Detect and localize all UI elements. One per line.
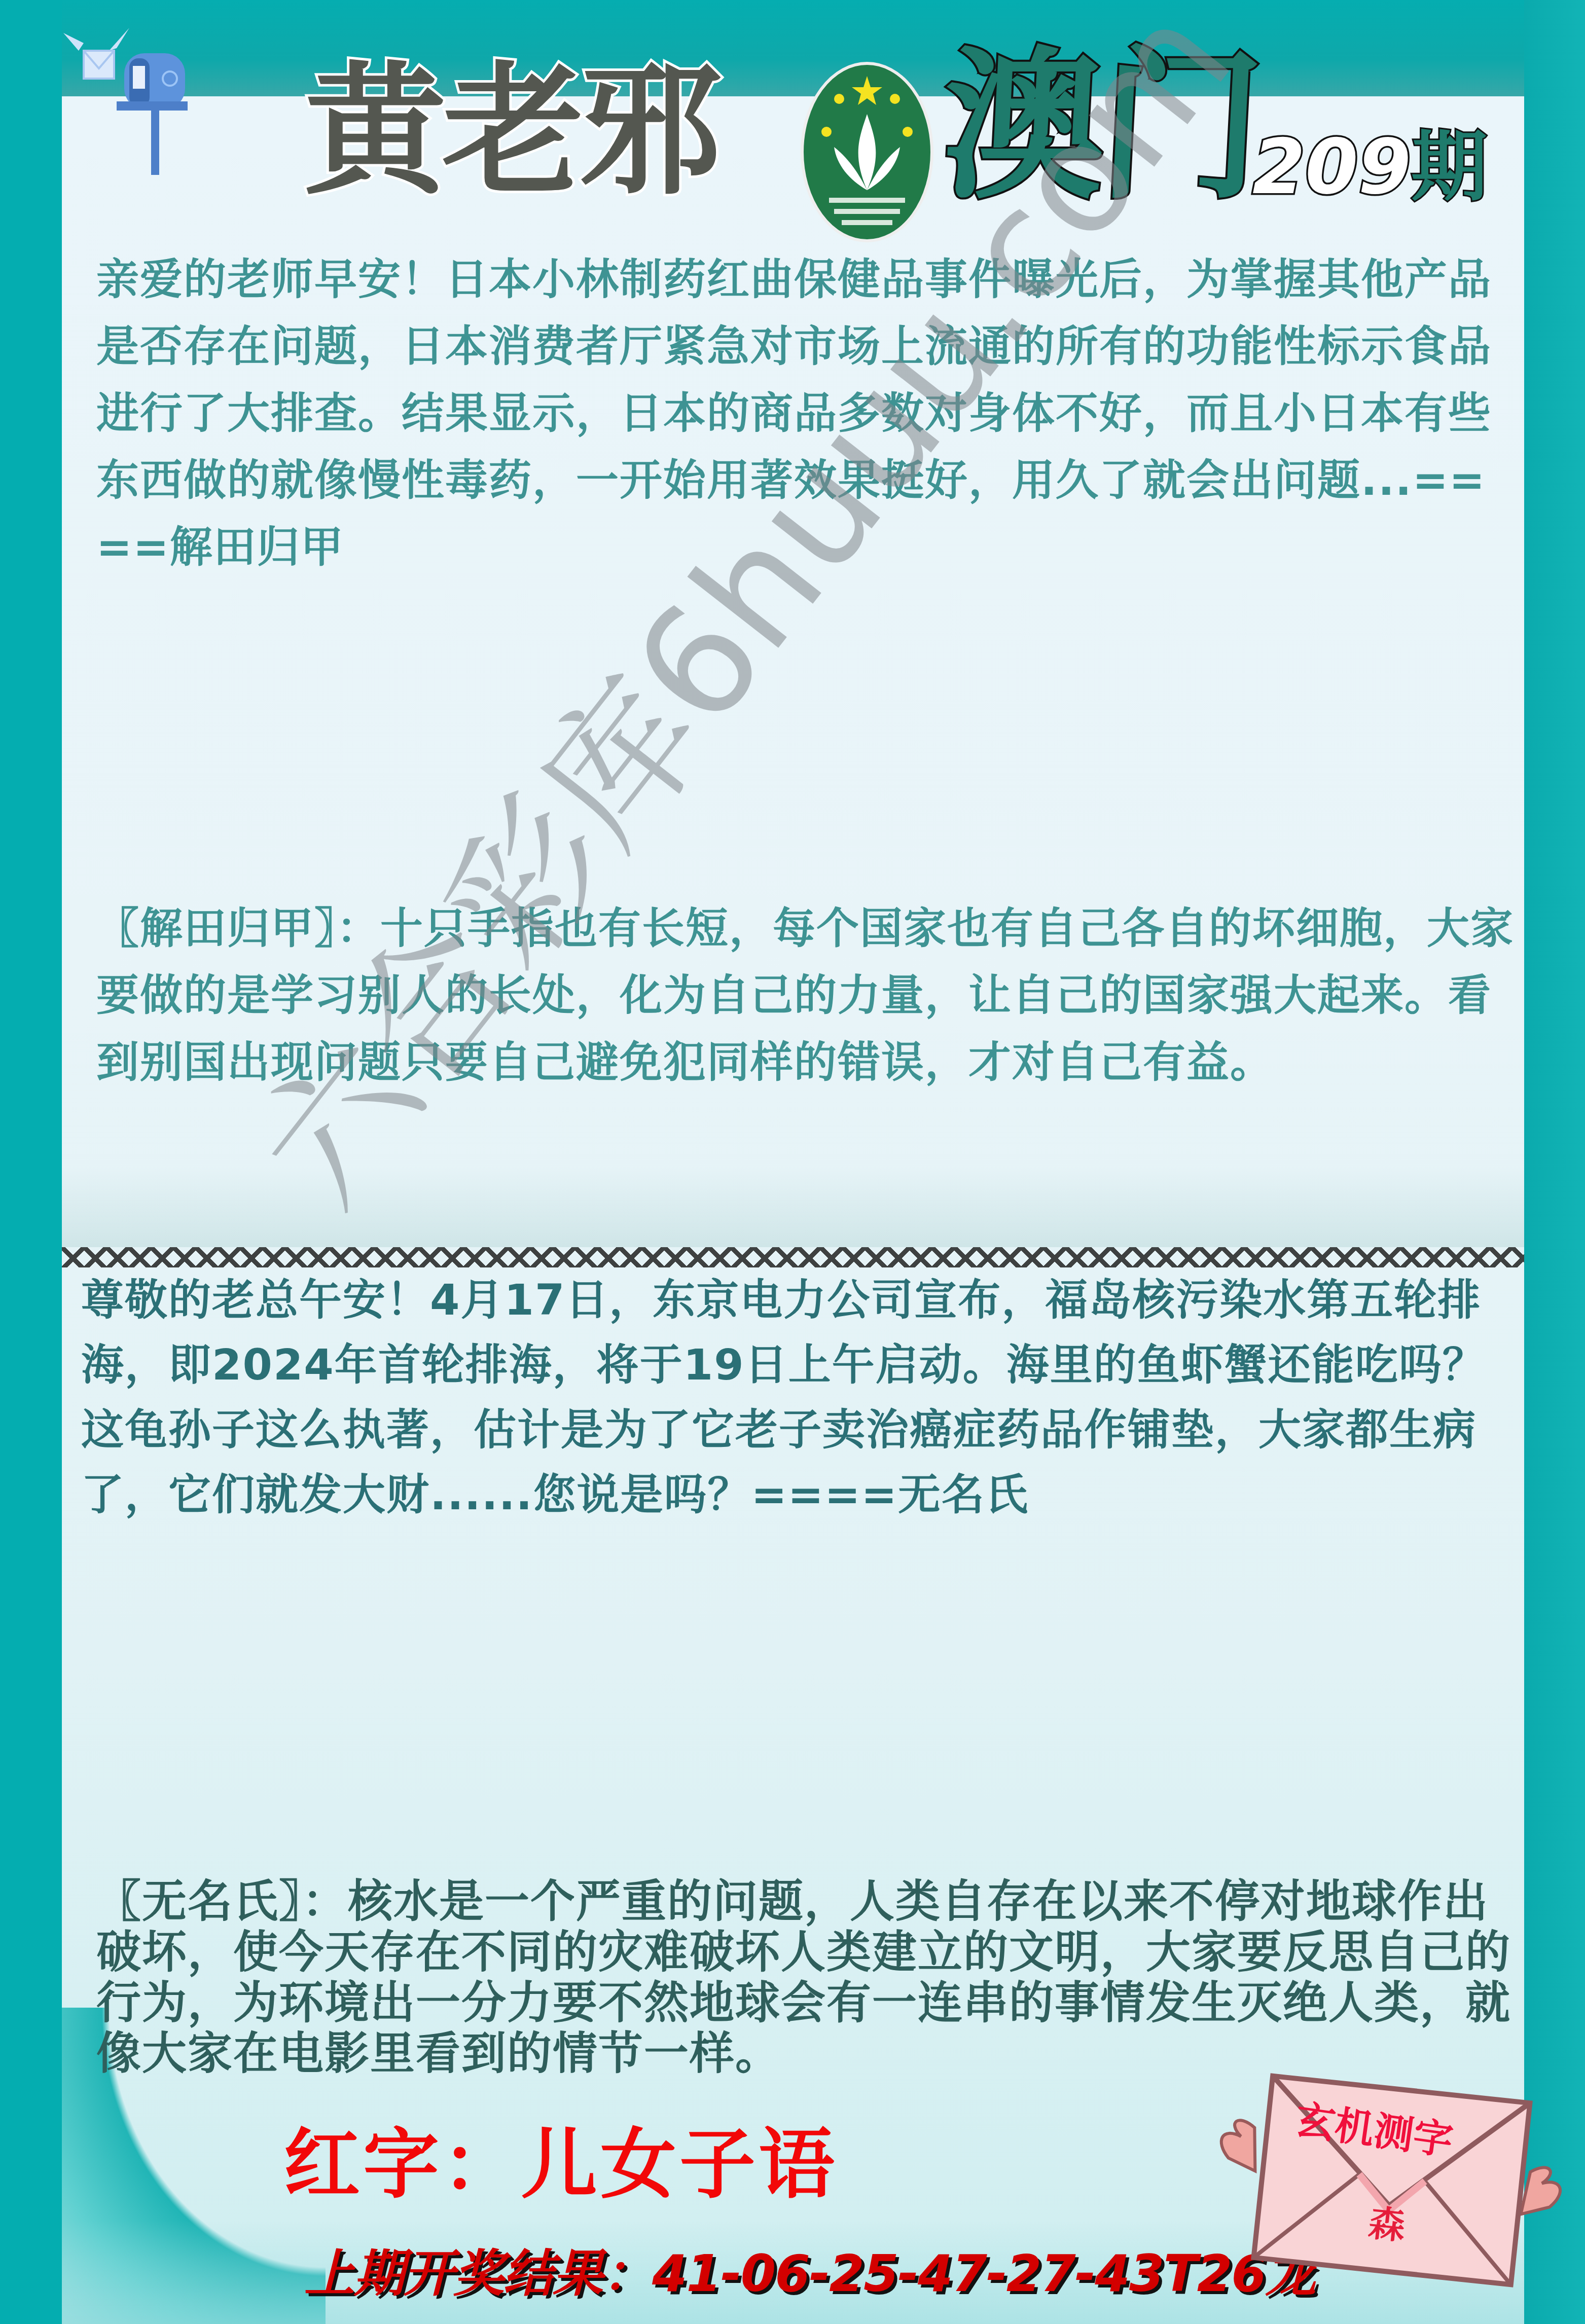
issue-suffix: 期	[1411, 123, 1487, 211]
zigzag-divider	[62, 1247, 1524, 1267]
issue-number: 209期	[1252, 117, 1487, 218]
envelope-character: 森	[1366, 2194, 1408, 2250]
post-letter-1: 亲爱的老师早安！日本小林制药红曲保健品事件曝光后，为掌握其他产品是否存在问题，日…	[96, 246, 1516, 580]
header-title: 黄老邪 澳门 209期	[299, 41, 1516, 223]
post-reply-2: 〖无名氏〗：核水是一个严重的问题，人类自存在以来不停对地球作出破坏，使今天存在不…	[96, 1876, 1516, 2079]
title-main: 黄老邪	[304, 56, 718, 208]
issue-number-value: 209	[1252, 123, 1411, 211]
red-word-label: 红字：儿女子语	[284, 2119, 838, 2210]
divider-shade	[62, 1166, 1524, 1247]
post-letter-2: 尊敬的老总午安！4月17日，东京电力公司宣布，福岛核污染水第五轮排海，即2024…	[81, 1267, 1511, 1527]
macau-emblem-icon	[799, 61, 935, 243]
last-result: 上期开奖结果：41-06-25-47-27-43T26龙	[304, 2241, 1315, 2307]
winged-envelope-icon	[1207, 2058, 1572, 2302]
winged-mailbox-icon	[48, 15, 246, 177]
last-result-label: 上期开奖结果：	[304, 2244, 652, 2303]
post-reply-1: 〖解田归甲〗：十只手指也有长短，每个国家也有自己各自的坏细胞，大家要做的是学习别…	[96, 895, 1516, 1096]
title-macau: 澳门	[939, 41, 1262, 213]
frame-border	[1519, 0, 1585, 2324]
